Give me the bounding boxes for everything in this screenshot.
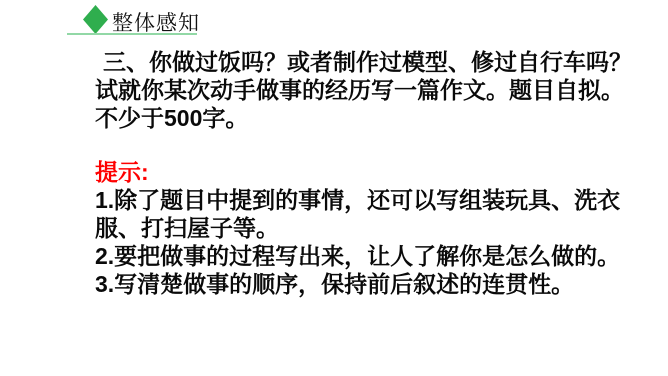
task-line: 试就你某次动手做事的经历写一篇作文。题目自拟。	[95, 76, 640, 104]
hint-line: 3.写清楚做事的顺序，保持前后叙述的连贯性。	[95, 270, 640, 298]
hint-line: 2.要把做事的过程写出来，让人了解你是怎么做的。	[95, 242, 640, 270]
hint-line: 服、打扫屋子等。	[95, 214, 640, 242]
hint-label: 提示:	[95, 158, 640, 186]
slide-canvas: 整体感知 三、你做过饭吗？或者制作过模型、修过自行车吗？ 试就你某次动手做事的经…	[0, 0, 668, 376]
hint-section: 提示: 1.除了题目中提到的事情，还可以写组装玩具、洗衣 服、打扫屋子等。 2.…	[95, 158, 640, 298]
diamond-icon	[83, 5, 108, 34]
task-line: 不少于500字。	[95, 104, 640, 132]
slide-body: 三、你做过饭吗？或者制作过模型、修过自行车吗？ 试就你某次动手做事的经历写一篇作…	[95, 48, 640, 298]
task-line: 三、你做过饭吗？或者制作过模型、修过自行车吗？	[95, 48, 640, 76]
title-underline	[67, 33, 197, 35]
writing-task-paragraph: 三、你做过饭吗？或者制作过模型、修过自行车吗？ 试就你某次动手做事的经历写一篇作…	[95, 48, 640, 132]
hint-line: 1.除了题目中提到的事情，还可以写组装玩具、洗衣	[95, 186, 640, 214]
